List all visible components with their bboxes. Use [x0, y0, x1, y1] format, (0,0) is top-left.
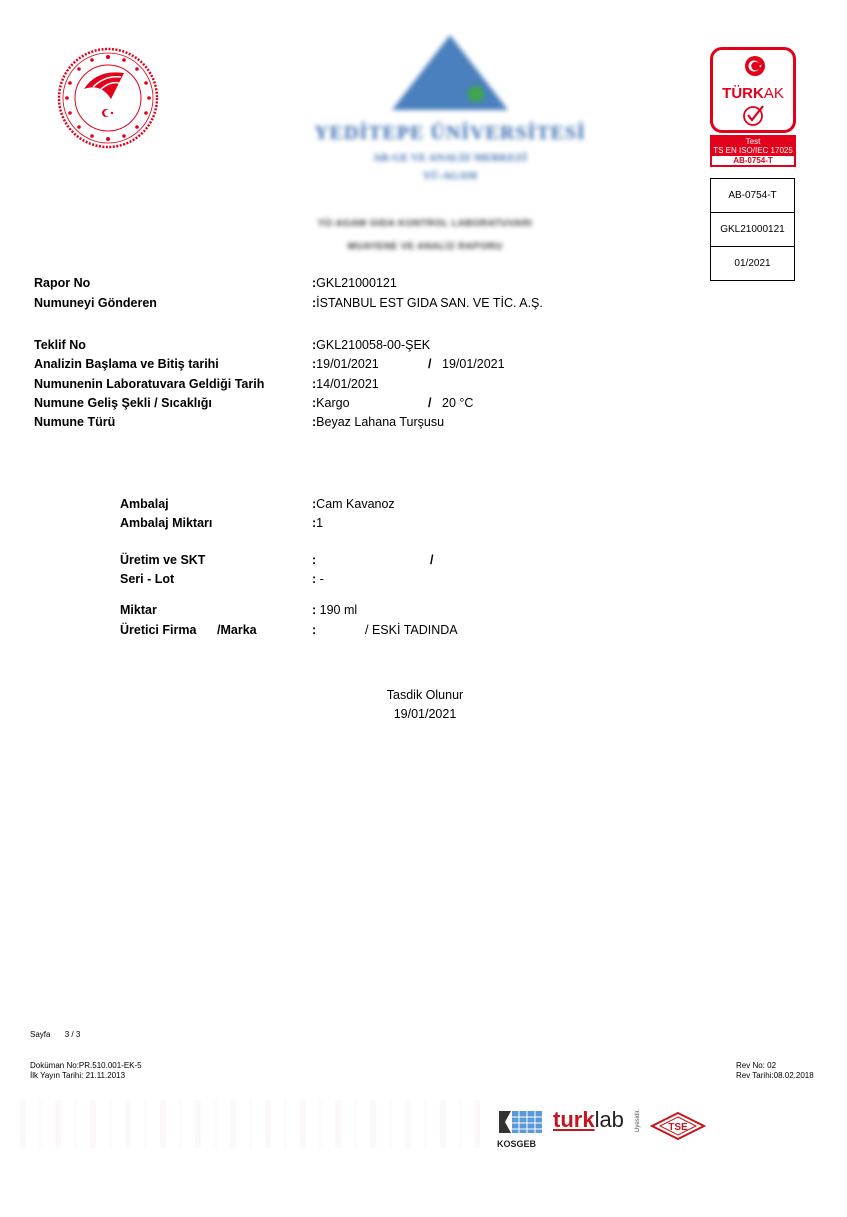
field-value-report-no: :GKL21000121: [312, 276, 397, 290]
ministry-seal-icon: [57, 47, 159, 149]
field-label-production-expiry: Üretim ve SKT: [120, 553, 205, 567]
accreditation-type: Test: [712, 137, 794, 146]
revision-date: Rev Tarihi:08.02.2018: [736, 1070, 814, 1081]
university-name: YEDİTEPE ÜNİVERSİTESİ: [300, 122, 600, 145]
report-date-cell: 01/2021: [711, 247, 795, 281]
report-title-line1: YÜ-AGAM GIDA KONTROL LABORATUVARI: [260, 212, 590, 235]
svg-text:TSE: TSE: [668, 1122, 688, 1133]
field-value-sender: :İSTANBUL EST GIDA SAN. VE TİC. A.Ş.: [312, 296, 543, 310]
field-value-arrival-date: :14/01/2021: [312, 377, 379, 391]
first-publication-date: İlk Yayın Tarihi: 21.11.2013: [30, 1070, 125, 1081]
separator: /: [430, 553, 433, 567]
field-value-lot: : -: [312, 572, 324, 586]
field-label-sender: Numuneyi Gönderen: [34, 296, 157, 310]
field-value-packaging-qty: :1: [312, 516, 323, 530]
accreditation-standard: TS EN ISO/IEC 17025: [712, 146, 794, 155]
crescent-star-icon: [744, 55, 766, 77]
separator: /: [428, 357, 431, 371]
approval-date: 19/01/2021: [330, 705, 520, 724]
accreditation-table: AB-0754-T GKL21000121 01/2021: [710, 178, 795, 281]
faint-barcode-background: [20, 1100, 480, 1148]
approval-text: Tasdik Olunur: [330, 686, 520, 705]
field-label-packaging: Ambalaj: [120, 497, 169, 511]
page-number: 3 / 3: [65, 1030, 81, 1039]
kosgeb-text: KOSGEB: [497, 1139, 545, 1149]
turklab-member-text: Üyesidir.: [635, 1109, 641, 1132]
field-value-quantity: : 190 ml: [312, 603, 357, 617]
field-value-analysis-end: 19/01/2021: [442, 357, 505, 371]
report-title-line2: MUAYENE VE ANALİZ RAPORU: [260, 235, 590, 258]
field-value-manufacturer: :: [312, 623, 316, 637]
accreditation-label: Test TS EN ISO/IEC 17025 AB-0754-T: [710, 135, 796, 167]
university-logo: YEDİTEPE ÜNİVERSİTESİ AR-GE VE ANALİZ ME…: [300, 30, 600, 195]
field-value-packaging: :Cam Kavanoz: [312, 497, 395, 511]
field-value-production-date: :: [312, 553, 316, 567]
accreditation-number: AB-0754-T: [711, 179, 795, 213]
field-label-delivery: Numune Geliş Şekli / Sıcaklığı: [34, 396, 212, 410]
partner-logos: KOSGEB turklab Üyesidir. TSE: [497, 1105, 707, 1147]
university-center: AR-GE VE ANALİZ MERKEZİ: [300, 152, 600, 164]
tse-logo-icon: TSE: [650, 1111, 706, 1141]
turkak-brand-thin: AK: [764, 85, 784, 102]
field-label-brand: /Marka: [217, 623, 257, 637]
page-indicator: Sayfa 3 / 3: [30, 1029, 80, 1040]
field-label-arrival-date: Numunenin Laboratuvara Geldiği Tarih: [34, 377, 264, 391]
field-label-offer-no: Teklif No: [34, 338, 86, 352]
field-label-report-no: Rapor No: [34, 276, 90, 290]
university-unit: YÜ-AGAM: [300, 170, 600, 182]
field-label-analysis-dates: Analizin Başlama ve Bitiş tarihi: [34, 357, 219, 371]
field-value-analysis-start: :19/01/2021: [312, 357, 379, 371]
field-value-offer-no: :GKL210058-00-ŞEK: [312, 338, 430, 352]
turklab-logo-icon: turklab Üyesidir.: [553, 1107, 643, 1145]
field-label-packaging-qty: Ambalaj Miktarı: [120, 516, 212, 530]
field-value-delivery-method: :Kargo: [312, 396, 350, 410]
page-label: Sayfa: [30, 1030, 50, 1039]
field-label-lot: Seri - Lot: [120, 572, 174, 586]
turkak-brand-bold: TÜRK: [722, 85, 764, 102]
report-title: YÜ-AGAM GIDA KONTROL LABORATUVARI MUAYEN…: [260, 212, 590, 258]
kosgeb-logo-icon: KOSGEB: [497, 1109, 545, 1145]
report-number-cell: GKL21000121: [711, 213, 795, 247]
turkak-badge: TÜRKAK Test TS EN ISO/IEC 17025 AB-0754-…: [710, 47, 796, 167]
field-label-sample-type: Numune Türü: [34, 415, 115, 429]
accreditation-code: AB-0754-T: [712, 156, 794, 165]
turkak-logo-icon: TÜRKAK: [710, 47, 796, 133]
checkmark-circle-icon: [742, 103, 766, 127]
university-triangle-logo-icon: [380, 30, 520, 112]
field-label-manufacturer: Üretici Firma: [120, 623, 196, 637]
field-value-temperature: 20 °C: [442, 396, 473, 410]
approval-block: Tasdik Olunur 19/01/2021: [330, 686, 520, 724]
field-value-sample-type: :Beyaz Lahana Turşusu: [312, 415, 444, 429]
field-label-quantity: Miktar: [120, 603, 157, 617]
separator: /: [428, 396, 431, 410]
field-value-brand: / ESKİ TADINDA: [365, 623, 458, 637]
